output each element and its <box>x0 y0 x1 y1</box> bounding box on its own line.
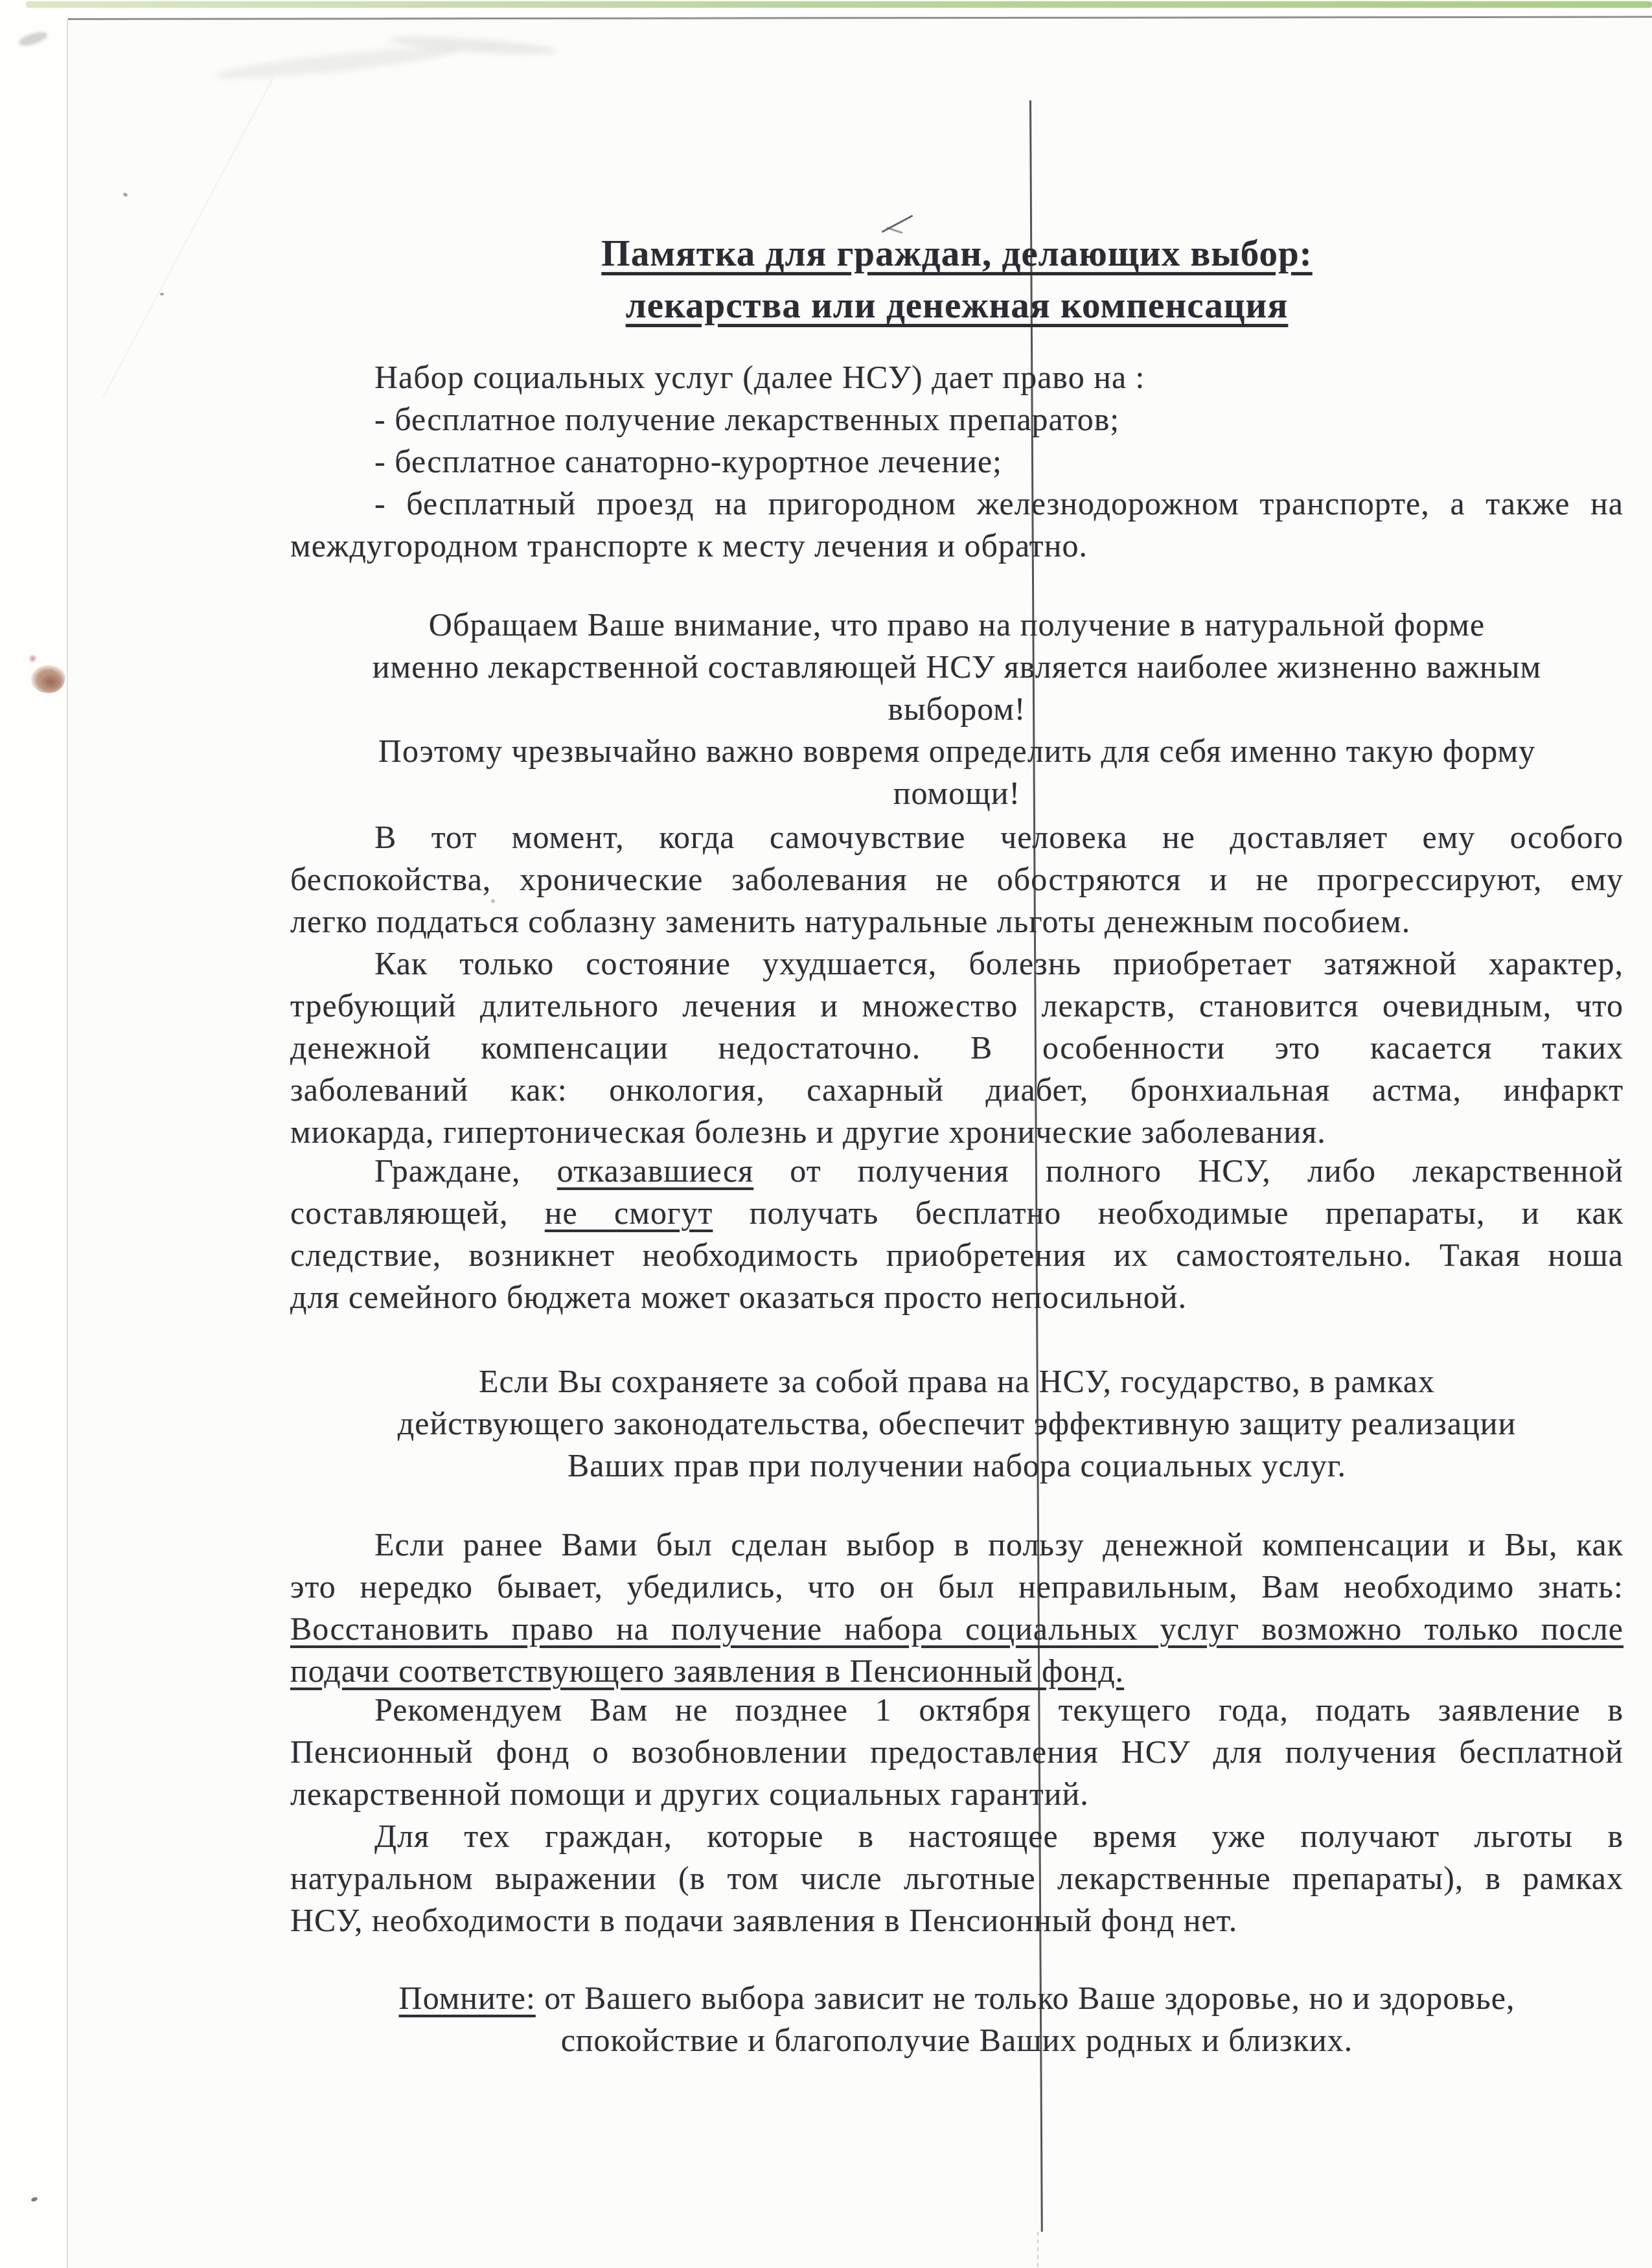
text-line: Граждане, отказавшиеся от получения полн… <box>290 1150 1623 1192</box>
text-line: помощи! <box>290 772 1623 814</box>
text-line: В тот момент, когда самочувствие человек… <box>290 816 1623 858</box>
text-line: - бесплатное получение лекарственных пре… <box>290 398 1623 441</box>
scanner-left-margin <box>0 0 67 2268</box>
paragraph-state-guarantee: Если Вы сохраняете за собой права на НСУ… <box>290 1360 1623 1487</box>
paragraph-refusal-consequences: Граждане, отказавшиеся от получения полн… <box>290 1150 1623 1318</box>
text-line: Помните: от Вашего выбора зависит не тол… <box>290 1977 1623 2019</box>
paragraph-attention-block: Обращаем Ваше внимание, что право на пол… <box>290 604 1623 814</box>
text-line: - бесплатное санаторно-курортное лечение… <box>290 441 1623 483</box>
text-line: миокарда, гипертоническая болезнь и друг… <box>290 1111 1623 1153</box>
text-line: НСУ, необходимости в подачи заявления в … <box>290 1899 1623 1942</box>
text-line: беспокойства, хронические заболевания не… <box>290 858 1623 900</box>
paragraph-wrong-choice-restore: Если ранее Вами был сделан выбор в польз… <box>290 1524 1623 1692</box>
text-line: выбором! <box>290 688 1623 730</box>
text-line: спокойствие и благополучие Ваших родных … <box>290 2019 1623 2061</box>
text-line: составляющей, не смогут получать бесплат… <box>290 1192 1623 1234</box>
paragraph-already-receiving: Для тех граждан, которые в настоящее вре… <box>290 1815 1623 1942</box>
text-line: действующего законодательства, обеспечит… <box>290 1403 1623 1445</box>
text-line: Набор социальных услуг (далее НСУ) дает … <box>290 356 1623 398</box>
paragraph-remember-footer: Помните: от Вашего выбора зависит не тол… <box>290 1977 1623 2061</box>
text-line: для семейного бюджета может оказаться пр… <box>290 1276 1623 1318</box>
text-line: денежной компенсации недостаточно. В осо… <box>290 1027 1623 1069</box>
paragraph-nsu-rights-list: Набор социальных услуг (далее НСУ) дает … <box>290 356 1623 567</box>
text-line: Обращаем Ваше внимание, что право на пол… <box>290 604 1623 646</box>
text-line: Если Вы сохраняете за собой права на НСУ… <box>290 1360 1623 1403</box>
text-line: Пенсионный фонд о возобновлении предоста… <box>290 1731 1623 1773</box>
text-line: заболеваний как: онкология, сахарный диа… <box>290 1069 1623 1111</box>
text-line: следствие, возникнет необходимость приоб… <box>290 1234 1623 1276</box>
text-line: Поэтому чрезвычайно важно вовремя опреде… <box>290 730 1623 772</box>
text-line: Ваших прав при получении набора социальн… <box>290 1445 1623 1487</box>
text-line: легко поддаться соблазну заменить натура… <box>290 900 1623 943</box>
text-line: Рекомендуем Вам не позднее 1 октября тек… <box>290 1689 1623 1731</box>
text-line: Как только состояние ухудшается, болезнь… <box>290 943 1623 985</box>
body-paragraphs: Набор социальных услуг (далее НСУ) дает … <box>290 0 1623 2268</box>
text-line: Для тех граждан, которые в настоящее вре… <box>290 1815 1623 1857</box>
text-line: именно лекарственной составляющей НСУ яв… <box>290 646 1623 688</box>
text-line: Если ранее Вами был сделан выбор в польз… <box>290 1524 1623 1566</box>
pink-stain-dot <box>29 654 37 663</box>
paragraph-worsening-condition: Как только состояние ухудшается, болезнь… <box>290 943 1623 1153</box>
text-line: это нередко бывает, убедились, что он бы… <box>290 1566 1623 1608</box>
paragraph-good-health-moment: В тот момент, когда самочувствие человек… <box>290 816 1623 943</box>
scan-speck <box>160 293 164 295</box>
brown-stain-core <box>40 674 62 691</box>
text-line: натуральном выражении (в том числе льгот… <box>290 1857 1623 1899</box>
text-line: междугородном транспорте к месту лечения… <box>290 525 1623 567</box>
scanned-document-page: Памятка для граждан, делающих выбор: лек… <box>0 0 1652 2268</box>
text-line: требующий длительного лечения и множеств… <box>290 985 1623 1027</box>
text-line: Восстановить право на получение набора с… <box>290 1608 1623 1650</box>
paper-left-edge-line <box>67 19 68 2268</box>
text-line: - бесплатный проезд на пригородном желез… <box>290 483 1623 525</box>
paragraph-recommendation-deadline: Рекомендуем Вам не позднее 1 октября тек… <box>290 1689 1623 1815</box>
text-line: подачи соответствующего заявления в Пенс… <box>290 1650 1623 1692</box>
text-line: лекарственной помощи и других социальных… <box>290 1773 1623 1815</box>
